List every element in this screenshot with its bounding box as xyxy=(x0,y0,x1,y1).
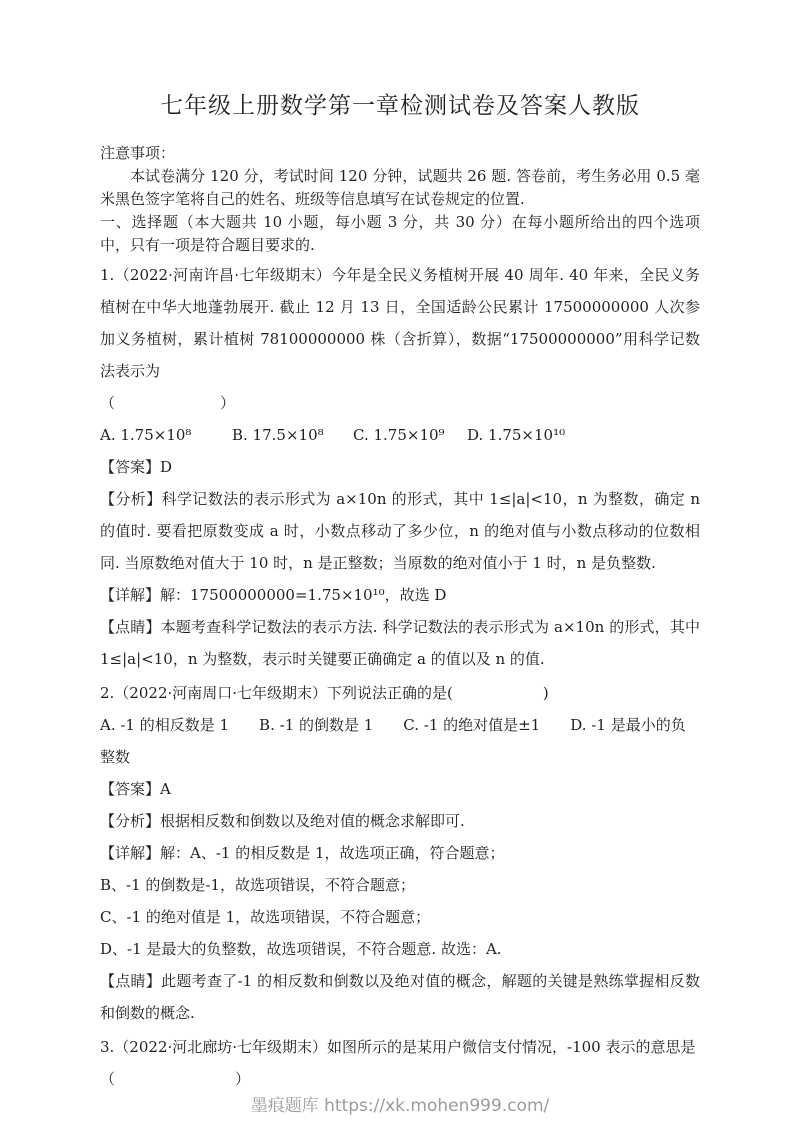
question-2-options-line: A. -1 的相反数是 1 B. -1 的倒数是 1 C. -1 的绝对值是±1… xyxy=(100,709,700,773)
question-3-answer-blank: （ ） xyxy=(100,1063,700,1095)
page-title: 七年级上册数学第一章检测试卷及答案人教版 xyxy=(100,90,700,122)
section-heading: 一、选择题（本大题共 10 小题，每小题 3 分，共 30 分）在每小题所给出的… xyxy=(100,211,700,257)
question-2-remark: 【点睛】此题考查了-1 的相反数和倒数以及绝对值的概念，解题的关键是熟练掌握相反… xyxy=(100,965,700,1029)
question-1-solution: 【详解】解：17500000000=1.75×10¹⁰，故选 D xyxy=(100,579,700,611)
question-2-solution-line-b: B、-1 的倒数是-1，故选项错误，不符合题意； xyxy=(100,869,700,901)
page-footer: 墨痕题库 https://xk.mohen999.com/ xyxy=(100,1095,700,1117)
question-1-remark: 【点睛】本题考查科学记数法的表示方法. 科学记数法的表示形式为 a×10n 的形… xyxy=(100,611,700,675)
notice-body: 本试卷满分 120 分，考试时间 120 分钟，试题共 26 题. 答卷前，考生… xyxy=(100,165,700,211)
question-1-options-row: A. 1.75×10⁸ B. 17.5×10⁸ C. 1.75×10⁹ D. 1… xyxy=(100,419,700,451)
question-3: 3.（2022·河北廊坊·七年级期末）如图所示的是某用户微信支付情况，-100 … xyxy=(100,1031,700,1095)
question-1-option-d: D. 1.75×10¹⁰ xyxy=(467,419,700,451)
question-2-solution-line-a: 【详解】解：A、-1 的相反数是 1，故选项正确，符合题意； xyxy=(100,837,700,869)
question-1-stem: 1.（2022·河南许昌·七年级期末）今年是全民义务植树开展 40 周年. 40… xyxy=(100,259,700,387)
question-1-answer: 【答案】D xyxy=(100,451,700,483)
question-1: 1.（2022·河南许昌·七年级期末）今年是全民义务植树开展 40 周年. 40… xyxy=(100,259,700,675)
question-2-stem: 2.（2022·河南周口·七年级期末）下列说法正确的是( ) xyxy=(100,677,700,709)
question-3-stem: 3.（2022·河北廊坊·七年级期末）如图所示的是某用户微信支付情况，-100 … xyxy=(100,1031,700,1063)
question-1-answer-blank: （ ） xyxy=(100,387,700,419)
document-page: 七年级上册数学第一章检测试卷及答案人教版 注意事项： 本试卷满分 120 分，考… xyxy=(0,0,793,1122)
question-1-option-b: B. 17.5×10⁸ xyxy=(232,419,353,451)
question-2-solution-line-c: C、-1 的绝对值是 1，故选项错误，不符合题意； xyxy=(100,901,700,933)
question-1-analysis: 【分析】科学记数法的表示形式为 a×10n 的形式，其中 1≤|a|<10，n … xyxy=(100,483,700,579)
question-2-solution-line-d: D、-1 是最大的负整数，故选项错误，不符合题意. 故选：A. xyxy=(100,933,700,965)
footer-site-link[interactable]: 墨痕题库 https://xk.mohen999.com/ xyxy=(251,1096,550,1116)
notice-heading: 注意事项： xyxy=(100,142,700,165)
question-1-option-a: A. 1.75×10⁸ xyxy=(100,419,232,451)
question-2-analysis: 【分析】根据相反数和倒数以及绝对值的概念求解即可. xyxy=(100,805,700,837)
question-2: 2.（2022·河南周口·七年级期末）下列说法正确的是( ) A. -1 的相反… xyxy=(100,677,700,1029)
question-2-answer: 【答案】A xyxy=(100,773,700,805)
question-1-option-c: C. 1.75×10⁹ xyxy=(353,419,467,451)
